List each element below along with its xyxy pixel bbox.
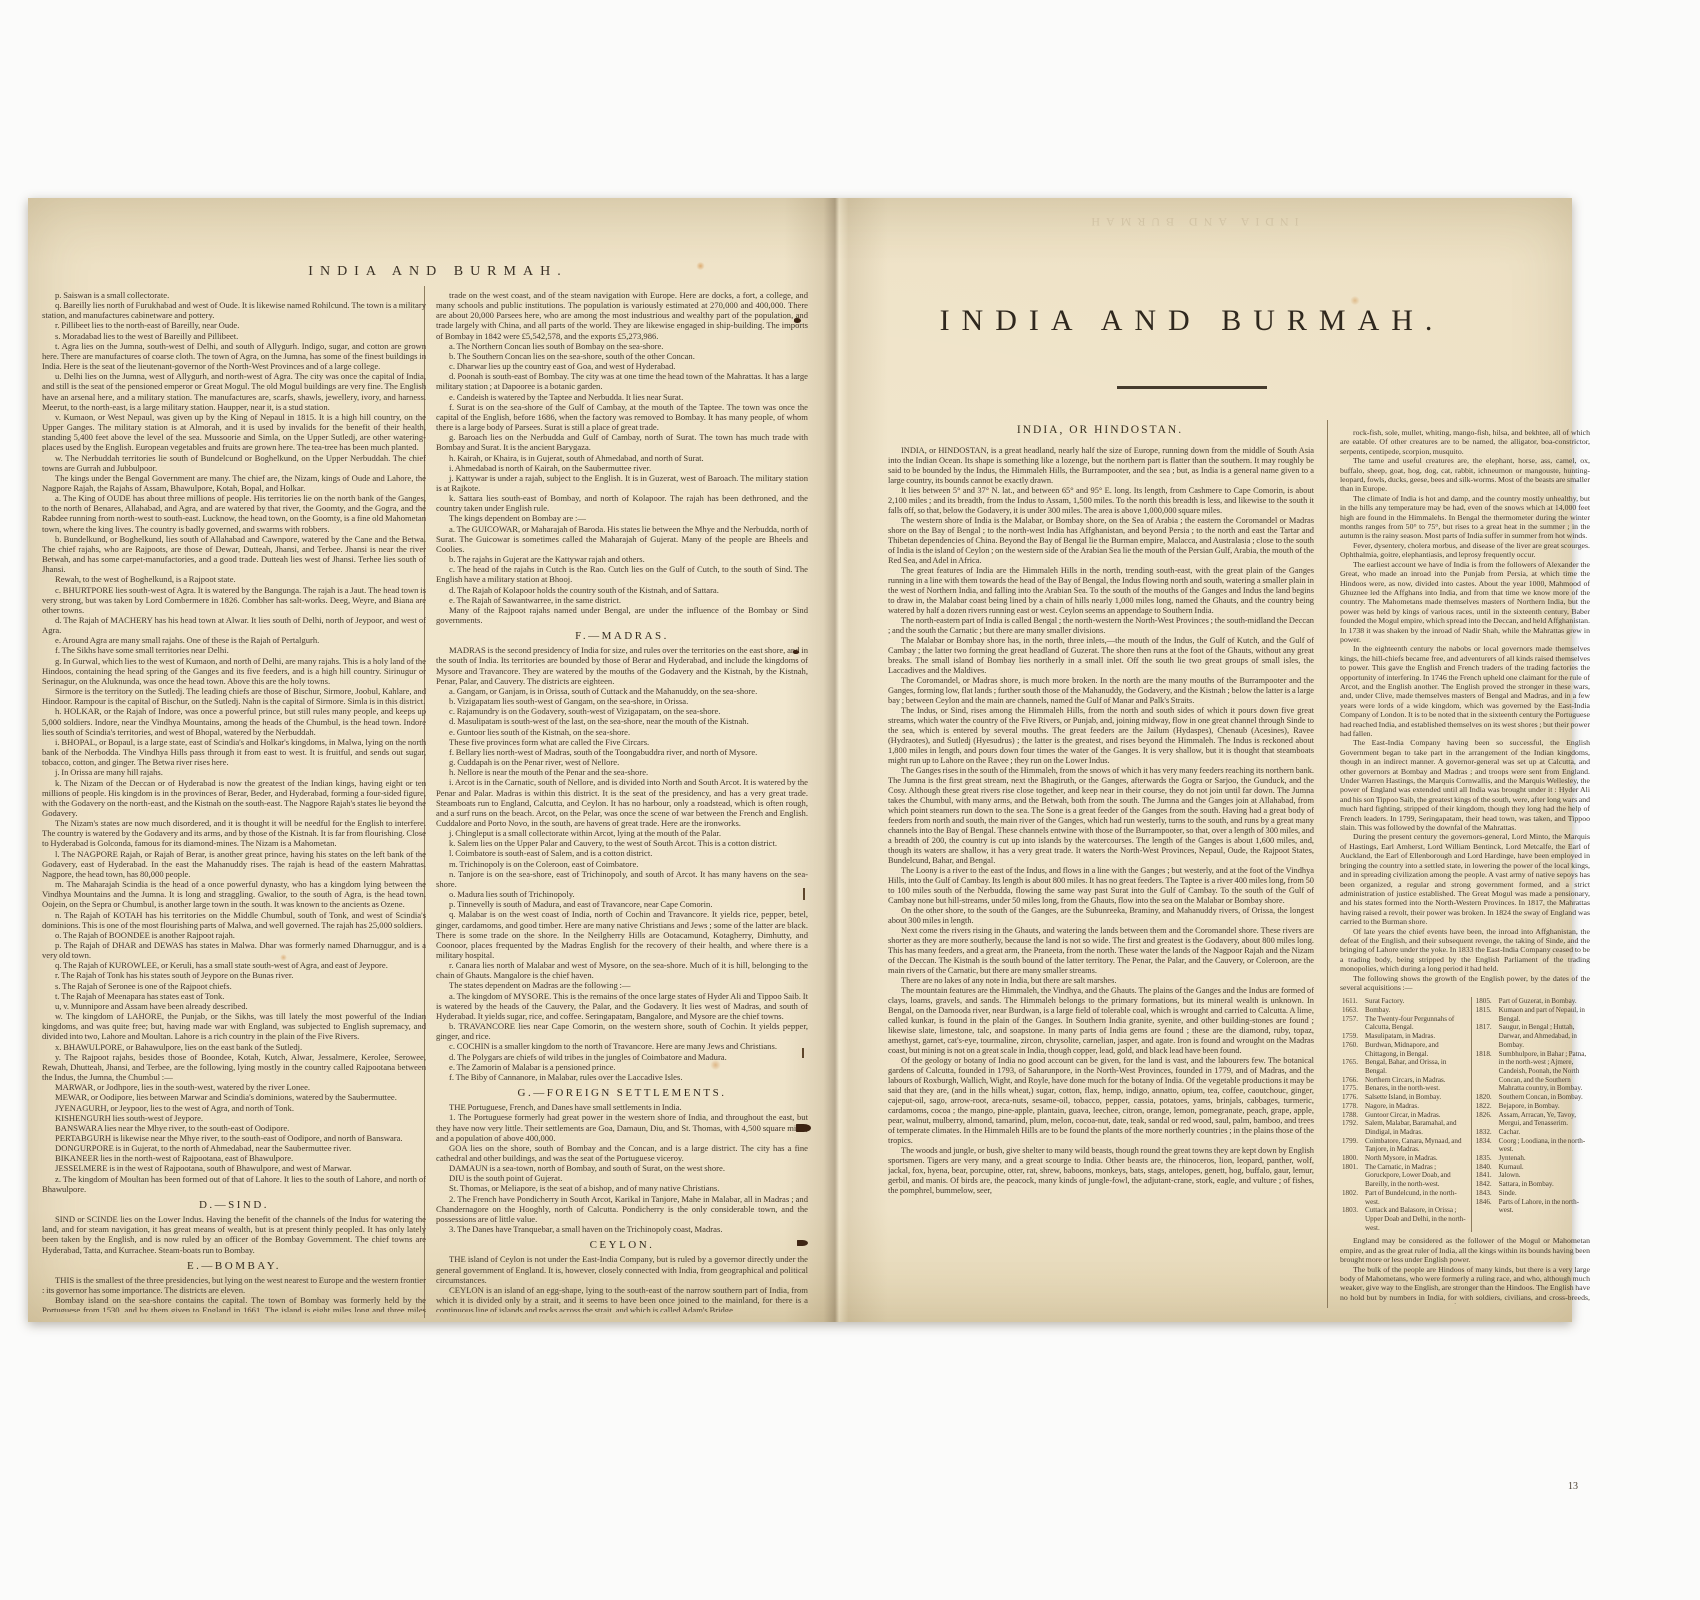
fold-ink-mark xyxy=(796,1124,811,1132)
text-paragraph: GOA lies on the shore, south of Bombay a… xyxy=(436,1143,808,1163)
text-paragraph: d. Poonah is south-east of Bombay. The c… xyxy=(436,371,808,391)
acquisition-year: 1834. xyxy=(1476,1137,1497,1154)
text-paragraph: n. The Rajah of KOTAH has his territorie… xyxy=(42,910,426,930)
text-paragraph: a. Gangam, or Ganjam, is in Orissa, sout… xyxy=(436,686,808,696)
acquisition-entry: 1759.Masulipatam, in Madras. xyxy=(1342,1032,1469,1041)
text-paragraph: BIKANEER lies in the north-west of Rajpo… xyxy=(42,1153,426,1163)
acquisition-entry: 1788.Guntoor Circar, in Madras. xyxy=(1342,1111,1469,1120)
text-paragraph: 1. The Portuguese formerly had great pow… xyxy=(436,1112,808,1142)
text-paragraph: The Indus, or Sind, rises among the Himm… xyxy=(888,706,1314,766)
text-paragraph: u. Delhi lies on the Jumna, west of Ally… xyxy=(42,371,426,412)
text-paragraph: e. Candeish is watered by the Taptee and… xyxy=(436,392,808,402)
text-paragraph: c. The head of the rajahs in Cutch is th… xyxy=(436,564,808,584)
text-paragraph: MEWAR, or Oodipore, lies between Marwar … xyxy=(42,1092,426,1102)
binding-stitch xyxy=(803,888,805,900)
fold-ink-mark xyxy=(793,650,799,654)
text-paragraph: The Malabar or Bombay shore has, in the … xyxy=(888,636,1314,676)
text-paragraph: b. Vizigapatam lies south-west of Gangam… xyxy=(436,696,808,706)
text-paragraph: m. The Maharajah Scindia is the head of … xyxy=(42,879,426,909)
acquisition-year: 1759. xyxy=(1342,1032,1363,1041)
acquisition-text: Benares, in the north-west. xyxy=(1363,1084,1469,1093)
acquisition-entry: 1802.Part of Bundelcund, in the north-we… xyxy=(1342,1189,1469,1206)
acquisition-year: 1822. xyxy=(1476,1102,1497,1111)
acquisition-entry: 1826.Assam, Arracan, Ye, Tavoy, Mergui, … xyxy=(1476,1111,1588,1128)
text-paragraph: 2. The French have Pondicherry in South … xyxy=(436,1194,808,1224)
text-paragraph: l. The NAGPORE Rajah, or Rajah of Berar,… xyxy=(42,849,426,879)
acquisition-year: 1766. xyxy=(1342,1076,1363,1085)
text-paragraph: g. In Gurwal, which lies to the west of … xyxy=(42,656,426,686)
text-paragraph: i. Arcot is in the Carnatic, south of Ne… xyxy=(436,777,808,828)
text-paragraph: 3. The Danes have Tranquebar, a small ha… xyxy=(436,1224,808,1234)
acquisition-entry: 1817.Saugur, in Bengal ; Huttah, Darwar,… xyxy=(1476,1023,1588,1049)
text-paragraph: j. Kattywar is under a rajah, subject to… xyxy=(436,473,808,493)
acquisition-entry: 1800.North Mysore, in Madras. xyxy=(1342,1154,1469,1163)
acquisition-year: 1801. xyxy=(1342,1163,1363,1189)
acquisition-year: 1835. xyxy=(1476,1154,1497,1163)
text-paragraph: The north-eastern part of India is calle… xyxy=(888,616,1314,636)
acquisition-text: Part of Bundelcund, in the north-west. xyxy=(1363,1189,1469,1206)
acquisition-entry: 1803.Cuttack and Balasore, in Orissa ; U… xyxy=(1342,1206,1469,1232)
text-paragraph: c. BHURTPORE lies south-west of Agra. It… xyxy=(42,585,426,615)
text-paragraph: r. Canara lies north of Malabar and west… xyxy=(436,960,808,980)
text-paragraph: q. Bareilly lies north of Furukhabad and… xyxy=(42,300,426,320)
acquisition-entry: 1843.Sinde. xyxy=(1476,1189,1588,1198)
acquisition-entry: 1801.The Carnatic, in Madras ; Goruckpor… xyxy=(1342,1163,1469,1189)
acquisition-entry: 1818.Sumbhulpore, in Bahar ; Patna, in t… xyxy=(1476,1050,1588,1094)
text-paragraph: w. The Nerbuddah territories lie south o… xyxy=(42,453,426,473)
text-paragraph: trade on the west coast, and of the stea… xyxy=(436,290,808,341)
text-paragraph: THE Portuguese, French, and Danes have s… xyxy=(436,1102,808,1112)
text-paragraph: MARWAR, or Jodhpore, lies in the south-w… xyxy=(42,1082,426,1092)
left-page: INDIA AND BURMAH. p. Saiswan is a small … xyxy=(28,198,808,1322)
text-paragraph: a. The GUICOWAR, or Maharajah of Baroda.… xyxy=(436,524,808,554)
text-paragraph: g. Cuddapah is on the Penar river, west … xyxy=(436,757,808,767)
text-paragraph: b. The Southern Concan lies on the sea-s… xyxy=(436,351,808,361)
text-paragraph: On the other shore, to the south of the … xyxy=(888,906,1314,926)
acquisition-text: Salsette Island, in Bombay. xyxy=(1363,1093,1469,1102)
text-paragraph: The Nizam's states are now much disorder… xyxy=(42,818,426,848)
text-paragraph: c. Rajamundry is on the Godavery, south-… xyxy=(436,706,808,716)
text-paragraph: h. HOLKAR, or the Rajah of Indore, was o… xyxy=(42,706,426,736)
text-paragraph: u, v. Munnipore and Assam have been alre… xyxy=(42,1001,426,1011)
acquisition-entry: 1805.Part of Guzerat, in Bombay. xyxy=(1476,997,1588,1006)
text-paragraph: BANSWARA lies near the Mhye river, to th… xyxy=(42,1123,426,1133)
text-paragraph: i. BHOPAL, or Bopaul, is a large state, … xyxy=(42,737,426,767)
text-paragraph: o. Madura lies south of Trichinopoly. xyxy=(436,889,808,899)
text-paragraph: a. The Northern Concan lies south of Bom… xyxy=(436,341,808,351)
acquisition-text: Cachar. xyxy=(1497,1128,1588,1137)
text-paragraph: t. Agra lies on the Jumna, south-west of… xyxy=(42,341,426,371)
acquisition-entry: 1663.Bombay. xyxy=(1342,1006,1469,1015)
acquisition-text: Sinde. xyxy=(1497,1189,1588,1198)
text-paragraph: q. The Rajah of KUROWLEE, or Keruli, has… xyxy=(42,960,426,970)
acquisitions-table: 1611.Surat Factory.1663.Bombay.1757.The … xyxy=(1340,997,1590,1232)
acquisition-text: The Carnatic, in Madras ; Goruckpore, Lo… xyxy=(1363,1163,1469,1189)
acquisition-text: Guntoor Circar, in Madras. xyxy=(1363,1111,1469,1120)
text-paragraph: z. The kingdom of Moultan has been forme… xyxy=(42,1174,426,1194)
text-paragraph: s. Moradabad lies to the west of Bareill… xyxy=(42,331,426,341)
text-paragraph: e. The Zamorin of Malabar is a pensioned… xyxy=(436,1062,808,1072)
acquisition-year: 1820. xyxy=(1476,1093,1497,1102)
title-rule xyxy=(1117,386,1267,389)
text-paragraph: INDIA, or HINDOSTAN, is a great headland… xyxy=(888,446,1314,486)
text-paragraph: The tame and useful creatures are, the e… xyxy=(1340,456,1590,494)
text-paragraph: c. Dharwar lies up the country east of G… xyxy=(436,361,808,371)
acquisition-text: North Mysore, in Madras. xyxy=(1363,1154,1469,1163)
text-paragraph: n. Tanjore is on the sea-shore, east of … xyxy=(436,869,808,889)
text-paragraph: k. The Nizam of the Deccan or of Hyderab… xyxy=(42,778,426,819)
text-paragraph: i. Ahmedabad is north of Kairah, on the … xyxy=(436,463,808,473)
acquisition-text: Cuttack and Balasore, in Orissa ; Upper … xyxy=(1363,1206,1469,1232)
left-page-column-1: p. Saiswan is a small collectorate.q. Ba… xyxy=(42,290,426,1312)
text-paragraph: DIU is the south point of Gujerat. xyxy=(436,1173,808,1183)
text-paragraph: d. The Rajah of MACHERY has his head tow… xyxy=(42,615,426,635)
text-paragraph: y. The Rajpoot rajahs, besides those of … xyxy=(42,1052,426,1082)
text-paragraph: l. Coimbatore is south-east of Salem, an… xyxy=(436,848,808,858)
book-spread: INDIA AND BURMAH. p. Saiswan is a small … xyxy=(28,198,1572,1322)
acquisition-text: Coorg ; Loodiana, in the north-west. xyxy=(1497,1137,1588,1154)
text-paragraph: rock-fish, sole, mullet, whiting, mango-… xyxy=(1340,428,1590,456)
acquisition-entry: 1792.Salem, Malabar, Baramahal, and Dind… xyxy=(1342,1119,1469,1136)
text-paragraph: The earliest account we have of India is… xyxy=(1340,560,1590,645)
text-paragraph: KISHENGURH lies south-west of Jeypore. xyxy=(42,1113,426,1123)
acquisition-year: 1802. xyxy=(1342,1189,1363,1206)
text-paragraph: The woods and jungle, or bush, give shel… xyxy=(888,1146,1314,1196)
acquisition-year: 1846. xyxy=(1476,1198,1497,1215)
paper-stain xyxy=(280,954,287,961)
text-paragraph: k. Sattara lies south-east of Bombay, an… xyxy=(436,493,808,513)
acquisition-year: 1815. xyxy=(1476,1006,1497,1023)
right-column-top-paragraphs: rock-fish, sole, mullet, whiting, mango-… xyxy=(1340,428,1590,992)
text-paragraph: o. The Rajah of BOONDEE is another Rajpo… xyxy=(42,930,426,940)
text-paragraph: e. Around Agra are many small rajahs. On… xyxy=(42,635,426,645)
acquisition-entry: 1842.Sattara, in Bombay. xyxy=(1476,1180,1588,1189)
page-title: INDIA AND BURMAH. xyxy=(812,304,1572,338)
section-heading: E.—BOMBAY. xyxy=(42,1261,426,1271)
text-paragraph: CEYLON is an island of an egg-shape, lyi… xyxy=(436,1285,808,1312)
acquisition-entry: 1835.Jyntenah. xyxy=(1476,1154,1588,1163)
acquisition-text: Burdwan, Midnapore, and Chittagong, in B… xyxy=(1363,1041,1469,1058)
acquisition-year: 1842. xyxy=(1476,1180,1497,1189)
text-paragraph: j. Chingleput is a small collectorate wi… xyxy=(436,828,808,838)
text-paragraph: THE island of Ceylon is not under the Ea… xyxy=(436,1254,808,1284)
text-paragraph: Rewah, to the west of Boghelkund, is a R… xyxy=(42,574,426,584)
text-paragraph: The states dependent on Madras are the f… xyxy=(436,980,808,990)
text-paragraph: The mountain features are the Himmaleh, … xyxy=(888,986,1314,1056)
right-column-bottom-paragraphs: England may be considered as the followe… xyxy=(1340,1236,1590,1304)
acquisitions-column-right: 1805.Part of Guzerat, in Bombay.1815.Kum… xyxy=(1471,997,1590,1232)
acquisition-year: 1792. xyxy=(1342,1119,1363,1136)
acquisition-text: Northern Circars, in Madras. xyxy=(1363,1076,1469,1085)
text-paragraph: v. Kumaon, or West Nepaul, was given up … xyxy=(42,412,426,453)
acquisition-year: 1843. xyxy=(1476,1189,1497,1198)
acquisition-entry: 1611.Surat Factory. xyxy=(1342,997,1469,1006)
acquisition-text: Bengal, Bahar, and Orissa, in Bengal. xyxy=(1363,1058,1469,1075)
acquisition-year: 1800. xyxy=(1342,1154,1363,1163)
text-paragraph: f. The Biby of Cannanore, in Malabar, ru… xyxy=(436,1072,808,1082)
right-page-column-1: INDIA, or HINDOSTAN, is a great headland… xyxy=(888,446,1314,1304)
acquisition-entry: 1841.Jalown. xyxy=(1476,1171,1588,1180)
acquisition-entry: 1775.Benares, in the north-west. xyxy=(1342,1084,1469,1093)
text-paragraph: b. The rajahs in Gujerat are the Kattywa… xyxy=(436,554,808,564)
text-paragraph: w. The kingdom of LAHORE, the Punjab, or… xyxy=(42,1011,426,1041)
acquisition-text: Kumaon and part of Nepaul, in Bengal. xyxy=(1497,1006,1588,1023)
text-paragraph: The Loony is a river to the east of the … xyxy=(888,866,1314,906)
paper-stain xyxy=(696,262,705,270)
text-paragraph: St. Thomas, or Meliapore, is the seat of… xyxy=(436,1183,808,1193)
binding-stitch xyxy=(802,1048,804,1058)
acquisition-year: 1826. xyxy=(1476,1111,1497,1128)
acquisition-entry: 1760.Burdwan, Midnapore, and Chittagong,… xyxy=(1342,1041,1469,1058)
acquisition-text: The Twenty-four Pergunnahs of Calcutta, … xyxy=(1363,1015,1469,1032)
right-page-column-2: rock-fish, sole, mullet, whiting, mango-… xyxy=(1340,428,1590,1304)
text-paragraph: Of the geology or botany of India no goo… xyxy=(888,1056,1314,1146)
acquisition-entry: 1846.Parts of Lahore, in the north-west. xyxy=(1476,1198,1588,1215)
acquisition-text: Sumbhulpore, in Bahar ; Patna, in the no… xyxy=(1497,1050,1588,1094)
right-page: INDIA AND BURMAH INDIA AND BURMAH. INDIA… xyxy=(812,198,1572,1322)
text-paragraph: Sirmore is the territory on the Sutledj.… xyxy=(42,686,426,706)
text-paragraph: d. The Rajah of Kolapoor holds the count… xyxy=(436,585,808,595)
page-number: 13 xyxy=(1568,1481,1578,1492)
text-paragraph: There are no lakes of any note in India,… xyxy=(888,976,1314,986)
text-paragraph: h. Kairah, or Khaira, is in Gujerat, sou… xyxy=(436,453,808,463)
acquisition-text: Southern Concan, in Bombay. xyxy=(1497,1093,1588,1102)
section-heading: CEYLON. xyxy=(436,1240,808,1250)
text-paragraph: p. Saiswan is a small collectorate. xyxy=(42,290,426,300)
center-fold-shadow xyxy=(784,198,888,1322)
right-column-divider-rule xyxy=(1327,420,1328,1308)
acquisition-year: 1840. xyxy=(1476,1163,1497,1172)
text-paragraph: m. Trichinopoly is on the Coleroon, east… xyxy=(436,859,808,869)
acquisition-year: 1841. xyxy=(1476,1171,1497,1180)
acquisition-year: 1663. xyxy=(1342,1006,1363,1015)
text-paragraph: DAMAUN is a sea-town, north of Bombay, a… xyxy=(436,1163,808,1173)
acquisition-year: 1788. xyxy=(1342,1111,1363,1120)
acquisition-entry: 1766.Northern Circars, in Madras. xyxy=(1342,1076,1469,1085)
text-paragraph: f. Surat is on the sea-shore of the Gulf… xyxy=(436,402,808,432)
acquisition-text: Assam, Arracan, Ye, Tavoy, Mergui, and T… xyxy=(1497,1111,1588,1128)
acquisition-text: Sattara, in Bombay. xyxy=(1497,1180,1588,1189)
acquisition-year: 1818. xyxy=(1476,1050,1497,1094)
acquisition-entry: 1822.Bejapore, in Bombay. xyxy=(1476,1102,1588,1111)
acquisition-year: 1803. xyxy=(1342,1206,1363,1232)
acquisition-text: Bejapore, in Bombay. xyxy=(1497,1102,1588,1111)
fold-ink-mark xyxy=(794,318,801,323)
acquisition-text: Part of Guzerat, in Bombay. xyxy=(1497,997,1588,1006)
acquisition-year: 1611. xyxy=(1342,997,1363,1006)
text-paragraph: r. The Rajah of Tonk has his states sout… xyxy=(42,970,426,980)
section-heading: D.—SIND. xyxy=(42,1200,426,1210)
acquisition-text: Parts of Lahore, in the north-west. xyxy=(1497,1198,1588,1215)
acquisition-text: Coimbatore, Canara, Mynaad, and Tanjore,… xyxy=(1363,1137,1469,1154)
acquisition-text: Surat Factory. xyxy=(1363,997,1469,1006)
text-paragraph: g. Baroach lies on the Nerbudda and Gulf… xyxy=(436,432,808,452)
acquisition-text: Saugur, in Bengal ; Huttah, Darwar, and … xyxy=(1497,1023,1588,1049)
text-paragraph: x. BHAWULPORE, or Bahawulpore, lies on t… xyxy=(42,1042,426,1052)
acquisition-year: 1799. xyxy=(1342,1137,1363,1154)
text-paragraph: h. Nellore is near the mouth of the Pena… xyxy=(436,767,808,777)
left-page-column-2: trade on the west coast, and of the stea… xyxy=(436,290,808,1312)
section-heading: F.—MADRAS. xyxy=(436,631,808,641)
text-paragraph: s. The Rajah of Seronee is one of the Ra… xyxy=(42,981,426,991)
acquisition-text: Nagore, in Madras. xyxy=(1363,1102,1469,1111)
acquisition-entry: 1834.Coorg ; Loodiana, in the north-west… xyxy=(1476,1137,1588,1154)
text-paragraph: e. Guntoor lies south of the Kistnah, on… xyxy=(436,727,808,737)
text-paragraph: The climate of India is hot and damp, an… xyxy=(1340,494,1590,541)
acquisition-text: Jyntenah. xyxy=(1497,1154,1588,1163)
text-paragraph: c. COCHIN is a smaller kingdom to the no… xyxy=(436,1041,808,1051)
acquisition-year: 1765. xyxy=(1342,1058,1363,1075)
text-paragraph: d. The Polygars are chiefs of wild tribe… xyxy=(436,1052,808,1062)
acquisition-entry: 1765.Bengal, Bahar, and Orissa, in Benga… xyxy=(1342,1058,1469,1075)
text-paragraph: Fever, dysentery, cholera morbus, and di… xyxy=(1340,541,1590,560)
text-paragraph: MADRAS is the second presidency of India… xyxy=(436,645,808,686)
text-paragraph: It lies between 5° and 37° N. lat., and … xyxy=(888,486,1314,516)
text-paragraph: Next come the rivers rising in the Ghaut… xyxy=(888,926,1314,976)
text-paragraph: JYENAGURH, or Jeypoor, lies to the west … xyxy=(42,1103,426,1113)
text-paragraph: The kings under the Bengal Government ar… xyxy=(42,473,426,493)
acquisition-text: Kurnaul. xyxy=(1497,1163,1588,1172)
acquisition-year: 1832. xyxy=(1476,1128,1497,1137)
acquisition-entry: 1820.Southern Concan, in Bombay. xyxy=(1476,1093,1588,1102)
acquisition-entry: 1840.Kurnaul. xyxy=(1476,1163,1588,1172)
text-paragraph: JESSELMERE is in the west of Rajpootana,… xyxy=(42,1163,426,1173)
text-paragraph: In the eighteenth century the nabobs or … xyxy=(1340,644,1590,738)
acquisition-text: Salem, Malabar, Baramahal, and Dindigal,… xyxy=(1363,1119,1469,1136)
acquisition-year: 1760. xyxy=(1342,1041,1363,1058)
text-paragraph: j. In Orissa are many hill rajahs. xyxy=(42,767,426,777)
text-paragraph: e. The Rajah of Sawantwarree, in the sam… xyxy=(436,595,808,605)
text-paragraph: During the present century the governors… xyxy=(1340,832,1590,926)
text-paragraph: The bulk of the people are Hindoos of ma… xyxy=(1340,1265,1590,1304)
acquisition-year: 1776. xyxy=(1342,1093,1363,1102)
acquisition-year: 1805. xyxy=(1476,997,1497,1006)
text-paragraph: DONGURPORE is in Gujerat, to the north o… xyxy=(42,1143,426,1153)
text-paragraph: The kings dependent on Bombay are :— xyxy=(436,513,808,523)
text-paragraph: THIS is the smallest of the three presid… xyxy=(42,1275,426,1295)
acquisition-text: Masulipatam, in Madras. xyxy=(1363,1032,1469,1041)
section-heading: G.—FOREIGN SETTLEMENTS. xyxy=(436,1088,808,1098)
text-paragraph: These five provinces form what are calle… xyxy=(436,737,808,747)
acquisition-year: 1757. xyxy=(1342,1015,1363,1032)
acquisition-year: 1778. xyxy=(1342,1102,1363,1111)
text-paragraph: r. Pillibeet lies to the north-east of B… xyxy=(42,320,426,330)
acquisition-entry: 1757.The Twenty-four Pergunnahs of Calcu… xyxy=(1342,1015,1469,1032)
text-paragraph: Bombay island on the sea-shore contains … xyxy=(42,1295,426,1312)
acquisition-entry: 1799.Coimbatore, Canara, Mynaad, and Tan… xyxy=(1342,1137,1469,1154)
acquisition-text: Bombay. xyxy=(1363,1006,1469,1015)
paper-stain xyxy=(710,1060,721,1070)
text-paragraph: b. TRAVANCORE lies near Cape Comorin, on… xyxy=(436,1021,808,1041)
acquisition-entry: 1778.Nagore, in Madras. xyxy=(1342,1102,1469,1111)
text-paragraph: The great features of India are the Himm… xyxy=(888,566,1314,616)
acquisition-text: Jalown. xyxy=(1497,1171,1588,1180)
acquisition-entry: 1815.Kumaon and part of Nepaul, in Benga… xyxy=(1476,1006,1588,1023)
screenshot-root: { "left_page": { "header": "INDIA AND BU… xyxy=(0,0,1700,1600)
text-paragraph: a. The kingdom of MYSORE. This is the re… xyxy=(436,991,808,1021)
text-paragraph: Of late years the chief events have been… xyxy=(1340,927,1590,974)
text-paragraph: p. Tinnevelly is south of Madura, and ea… xyxy=(436,899,808,909)
text-paragraph: The following shows the growth of the En… xyxy=(1340,974,1590,993)
acquisition-entry: 1832.Cachar. xyxy=(1476,1128,1588,1137)
paper-stain xyxy=(1350,296,1360,305)
text-paragraph: The western shore of India is the Malaba… xyxy=(888,516,1314,566)
left-page-running-header: INDIA AND BURMAH. xyxy=(28,264,848,280)
text-paragraph: PERTABGURH is likewise near the Mhye riv… xyxy=(42,1133,426,1143)
text-paragraph: The East-India Company having been so su… xyxy=(1340,738,1590,832)
section-heading: INDIA, OR HINDOSTAN. xyxy=(886,424,1314,436)
acquisition-year: 1817. xyxy=(1476,1023,1497,1049)
text-paragraph: f. Bellary lies north-west of Madras, so… xyxy=(436,747,808,757)
text-paragraph: p. The Rajah of DHAR and DEWAS has state… xyxy=(42,940,426,960)
text-paragraph: SIND or SCINDE lies on the Lower Indus. … xyxy=(42,1214,426,1255)
text-paragraph: t. The Rajah of Meenapara has states eas… xyxy=(42,991,426,1001)
show-through-header: INDIA AND BURMAH xyxy=(872,214,1512,229)
text-paragraph: Many of the Rajpoot rajahs named under B… xyxy=(436,605,808,625)
text-paragraph: The Ganges rises in the south of the Him… xyxy=(888,766,1314,866)
acquisition-year: 1775. xyxy=(1342,1084,1363,1093)
acquisitions-column-left: 1611.Surat Factory.1663.Bombay.1757.The … xyxy=(1340,997,1471,1232)
text-paragraph: k. Salem lies on the Upper Palar and Cau… xyxy=(436,838,808,848)
acquisition-entry: 1776.Salsette Island, in Bombay. xyxy=(1342,1093,1469,1102)
text-paragraph: q. Malabar is on the west coast of India… xyxy=(436,909,808,960)
text-paragraph: England may be considered as the followe… xyxy=(1340,1236,1590,1264)
text-paragraph: a. The King of OUDE has about three mill… xyxy=(42,493,426,534)
fold-ink-mark xyxy=(797,1240,808,1246)
text-paragraph: d. Masulipatam is south-west of the last… xyxy=(436,716,808,726)
text-paragraph: The Coromandel, or Madras shore, is much… xyxy=(888,676,1314,706)
text-paragraph: f. The Sikhs have some small territories… xyxy=(42,645,426,655)
text-paragraph: b. Bundelkund, or Boghelkund, lies south… xyxy=(42,534,426,575)
